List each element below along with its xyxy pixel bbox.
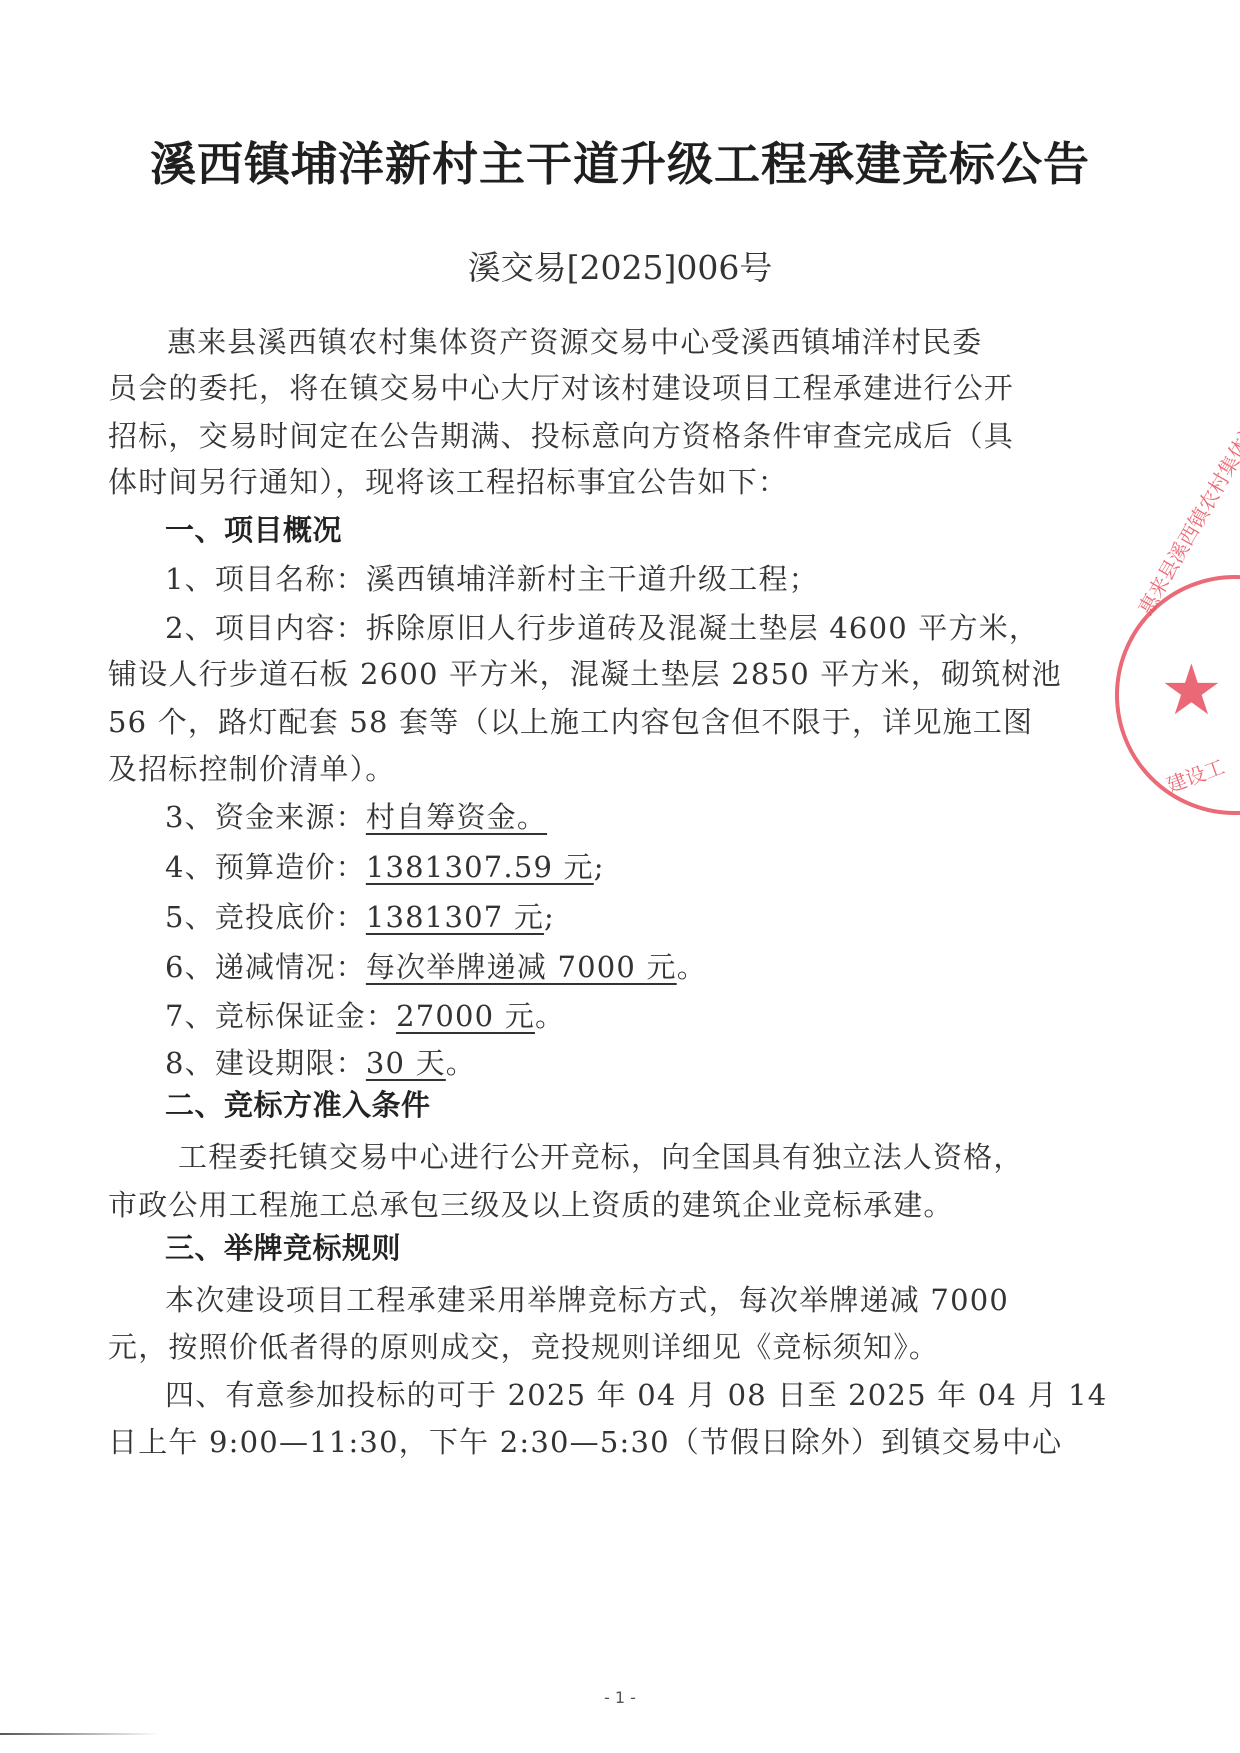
decrement-end: 。: [677, 950, 707, 984]
footer-rule: [0, 1733, 160, 1735]
item-construction-period: 8、建设期限：30 天。: [165, 1041, 476, 1082]
seal-star-icon: ★: [1160, 655, 1223, 725]
item-floor-price: 5、竞投底价：1381307 元;: [165, 895, 555, 936]
item-deposit: 7、竞标保证金：27000 元。: [165, 994, 565, 1035]
decrement-value: 每次举牌递减 7000 元: [366, 950, 677, 984]
section-heading-eligibility: 二、竞标方准入条件: [165, 1083, 431, 1124]
funding-label: 3、资金来源：: [165, 800, 366, 834]
floor-price-label: 5、竞投底价：: [165, 900, 366, 934]
intro-line-2: 员会的委托，将在镇交易中心大厅对该村建设项目工程承建进行公开: [108, 366, 1014, 407]
period-end: 。: [446, 1046, 476, 1080]
item-project-content-line-4: 及招标控制价清单）。: [108, 747, 396, 788]
document-title: 溪西镇埔洋新村主干道升级工程承建竞标公告: [0, 128, 1240, 194]
item-funding-source: 3、资金来源：村自筹资金。: [165, 795, 547, 836]
item-project-name: 1、项目名称：溪西镇埔洋新村主干道升级工程；: [165, 557, 819, 598]
document-number: 溪交易[2025]006号: [0, 242, 1240, 289]
rules-line-2: 元，按照价低者得的原则成交，竞投规则详细见《竞标须知》。: [108, 1325, 939, 1366]
item-project-content-line-3: 56 个，路灯配套 58 套等（以上施工内容包含但不限于，详见施工图: [108, 700, 1033, 741]
budget-end: ;: [594, 850, 605, 884]
eligibility-line-2: 市政公用工程施工总承包三级及以上资质的建筑企业竞标承建。: [108, 1183, 954, 1224]
period-value: 30 天: [366, 1046, 446, 1080]
funding-value: 村自筹资金。: [366, 800, 547, 834]
floor-price-end: ;: [544, 900, 555, 934]
item-project-content-line-2: 铺设人行步道石板 2600 平方米，混凝土垫层 2850 平方米，砌筑树池: [108, 652, 1062, 693]
section-heading-project-overview: 一、项目概况: [165, 508, 342, 549]
item-budget: 4、预算造价：1381307.59 元;: [165, 845, 605, 886]
item-project-content-line-1: 2、项目内容：拆除原旧人行步道砖及混凝土垫层 4600 平方米，: [165, 606, 1039, 647]
budget-value: 1381307.59 元: [366, 850, 594, 884]
document-page: 溪西镇埔洋新村主干道升级工程承建竞标公告 溪交易[2025]006号 惠来县溪西…: [0, 0, 1240, 1753]
intro-line-1: 惠来县溪西镇农村集体资产资源交易中心受溪西镇埔洋村民委: [167, 320, 982, 361]
page-number: - 1 -: [0, 1688, 1240, 1707]
intro-line-4: 体时间另行通知），现将该工程招标事宜公告如下：: [108, 460, 788, 501]
registration-line-2: 日上午 9:00—11:30，下午 2:30—5:30（节假日除外）到镇交易中心: [108, 1420, 1062, 1461]
deposit-label: 7、竞标保证金：: [165, 999, 396, 1033]
period-label: 8、建设期限：: [165, 1046, 366, 1080]
intro-line-3: 招标，交易时间定在公告期满、投标意向方资格条件审查完成后（具: [108, 414, 1014, 455]
section-heading-bidding-rules: 三、举牌竞标规则: [165, 1226, 401, 1267]
deposit-value: 27000 元: [396, 999, 535, 1033]
floor-price-value: 1381307 元: [366, 900, 544, 934]
eligibility-line-1: 工程委托镇交易中心进行公开竞标，向全国具有独立法人资格，: [178, 1135, 1024, 1176]
registration-line-1: 四、有意参加投标的可于 2025 年 04 月 08 日至 2025 年 04 …: [165, 1373, 1107, 1414]
budget-label: 4、预算造价：: [165, 850, 366, 884]
deposit-end: 。: [535, 999, 565, 1033]
item-decrement: 6、递减情况：每次举牌递减 7000 元。: [165, 945, 707, 986]
decrement-label: 6、递减情况：: [165, 950, 366, 984]
rules-line-1: 本次建设项目工程承建采用举牌竞标方式，每次举牌递减 7000: [165, 1278, 1009, 1319]
